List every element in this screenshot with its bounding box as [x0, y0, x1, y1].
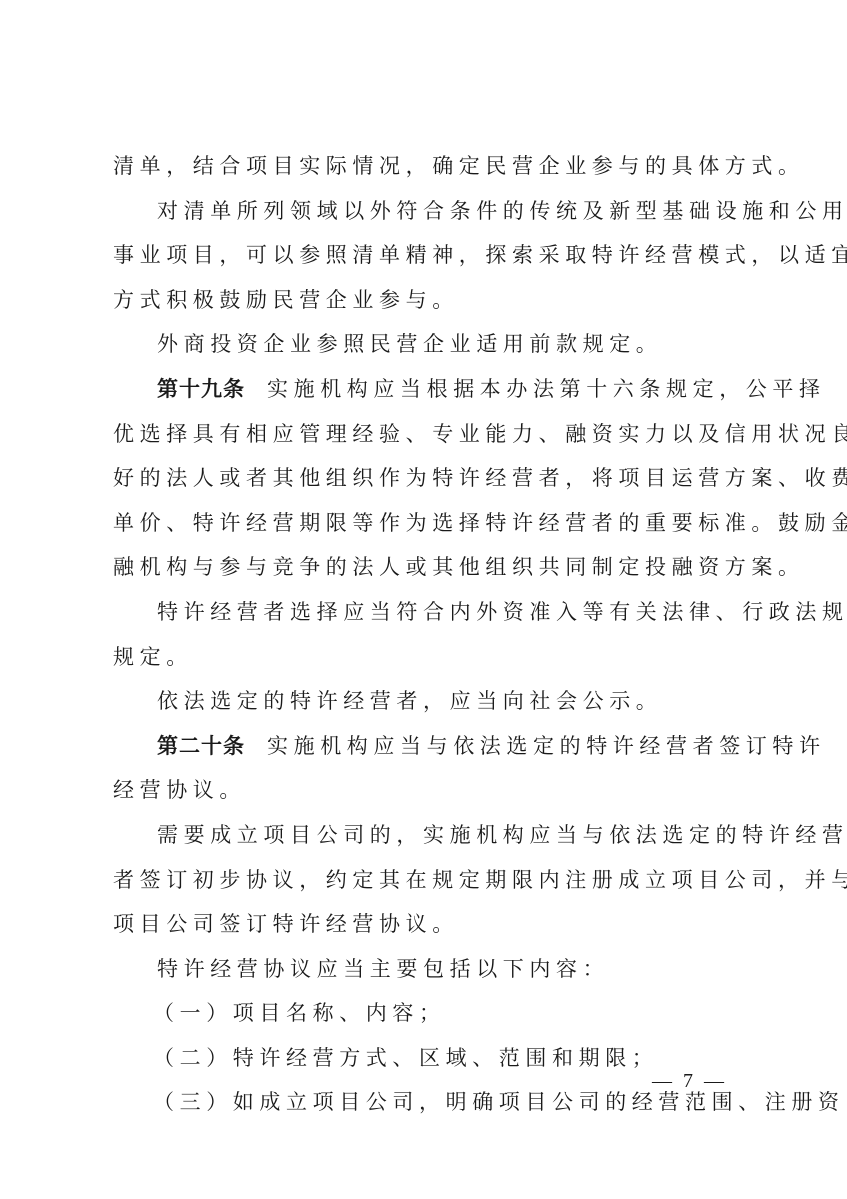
- text-line: 规定。: [113, 635, 735, 680]
- text-line: 单价、特许经营期限等作为选择特许经营者的重要标准。鼓励金: [113, 501, 735, 546]
- paragraph-start: 特许经营协议应当主要包括以下内容：: [113, 947, 735, 992]
- text-line: 优选择具有相应管理经验、专业能力、融资实力以及信用状况良: [113, 412, 735, 457]
- article-text: 实施机构应当根据本办法第十六条规定，公平择: [267, 377, 826, 401]
- article-text: 实施机构应当与依法选定的特许经营者签订特许: [267, 734, 826, 758]
- text-line: 经营协议。: [113, 768, 735, 813]
- document-page: 清单，结合项目实际情况，确定民营企业参与的具体方式。 对清单所列领域以外符合条件…: [113, 144, 735, 1125]
- page-number: — 7 —: [652, 1070, 727, 1093]
- paragraph-start: 特许经营者选择应当符合内外资准入等有关法律、行政法规: [113, 590, 735, 635]
- paragraph-start: 需要成立项目公司的，实施机构应当与依法选定的特许经营: [113, 813, 735, 858]
- article-20: 第二十条实施机构应当与依法选定的特许经营者签订特许: [113, 724, 735, 769]
- paragraph-start: 对清单所列领域以外符合条件的传统及新型基础设施和公用: [113, 189, 735, 234]
- article-heading: 第十九条: [157, 377, 245, 401]
- paragraph-start: 依法选定的特许经营者，应当向社会公示。: [113, 679, 735, 724]
- text-line: 者签订初步协议，约定其在规定期限内注册成立项目公司，并与: [113, 858, 735, 903]
- article-heading: 第二十条: [157, 734, 245, 758]
- text-line: 项目公司签订特许经营协议。: [113, 902, 735, 947]
- text-line: 方式积极鼓励民营企业参与。: [113, 278, 735, 323]
- paragraph-start: 外商投资企业参照民营企业适用前款规定。: [113, 322, 735, 367]
- list-item: （三）如成立项目公司，明确项目公司的经营范围、注册资: [113, 1080, 735, 1125]
- text-line: 好的法人或者其他组织作为特许经营者，将项目运营方案、收费: [113, 456, 735, 501]
- list-item: （二）特许经营方式、区域、范围和期限；: [113, 1036, 735, 1081]
- text-line: 清单，结合项目实际情况，确定民营企业参与的具体方式。: [113, 144, 735, 189]
- article-19: 第十九条实施机构应当根据本办法第十六条规定，公平择: [113, 367, 735, 412]
- list-item: （一）项目名称、内容；: [113, 991, 735, 1036]
- text-line: 融机构与参与竞争的法人或其他组织共同制定投融资方案。: [113, 545, 735, 590]
- text-line: 事业项目，可以参照清单精神，探索采取特许经营模式，以适宜: [113, 233, 735, 278]
